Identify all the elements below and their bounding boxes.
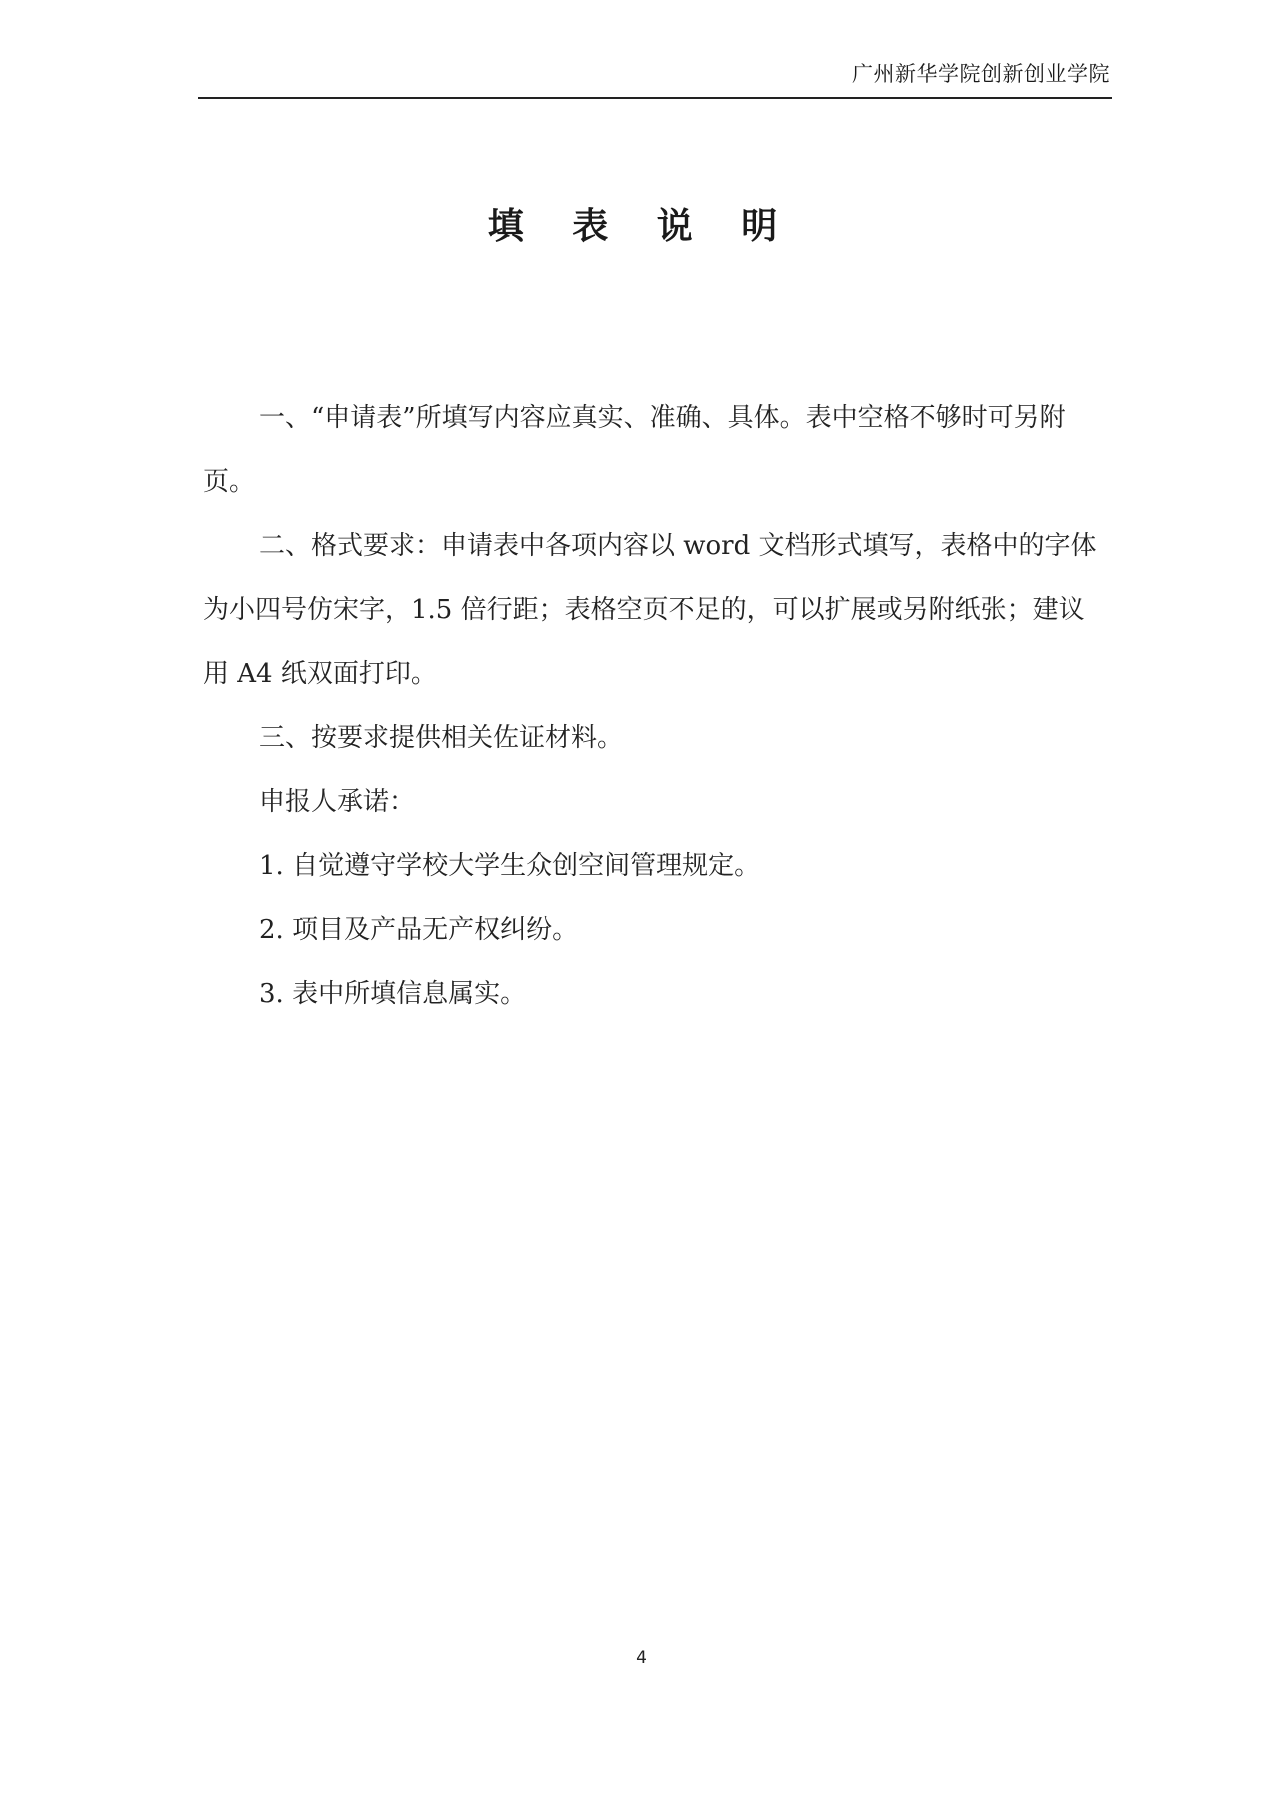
page-title: 填 表 说 明	[0, 198, 1283, 249]
commitment-item: 3. 表中所填信息属实。	[259, 962, 1108, 1026]
page-number: 4	[0, 1648, 1283, 1668]
instruction-3: 三、按要求提供相关佐证材料。	[203, 706, 1108, 770]
header-rule	[198, 97, 1112, 99]
commitment-section: 申报人承诺： 1. 自觉遵守学校大学生众创空间管理规定。 2. 项目及产品无产权…	[203, 770, 1108, 1026]
instruction-2: 二、格式要求：申请表中各项内容以 word 文档形式填写，表格中的字体为小四号仿…	[203, 514, 1108, 706]
commitment-heading: 申报人承诺：	[259, 770, 1108, 834]
header-institution: 广州新华学院创新创业学院	[852, 58, 1110, 88]
commitment-item: 1. 自觉遵守学校大学生众创空间管理规定。	[259, 834, 1108, 898]
instruction-1: 一、“申请表”所填写内容应真实、准确、具体。表中空格不够时可另附页。	[203, 386, 1108, 514]
commitment-item: 2. 项目及产品无产权纠纷。	[259, 898, 1108, 962]
document-body: 一、“申请表”所填写内容应真实、准确、具体。表中空格不够时可另附页。 二、格式要…	[203, 386, 1108, 1026]
